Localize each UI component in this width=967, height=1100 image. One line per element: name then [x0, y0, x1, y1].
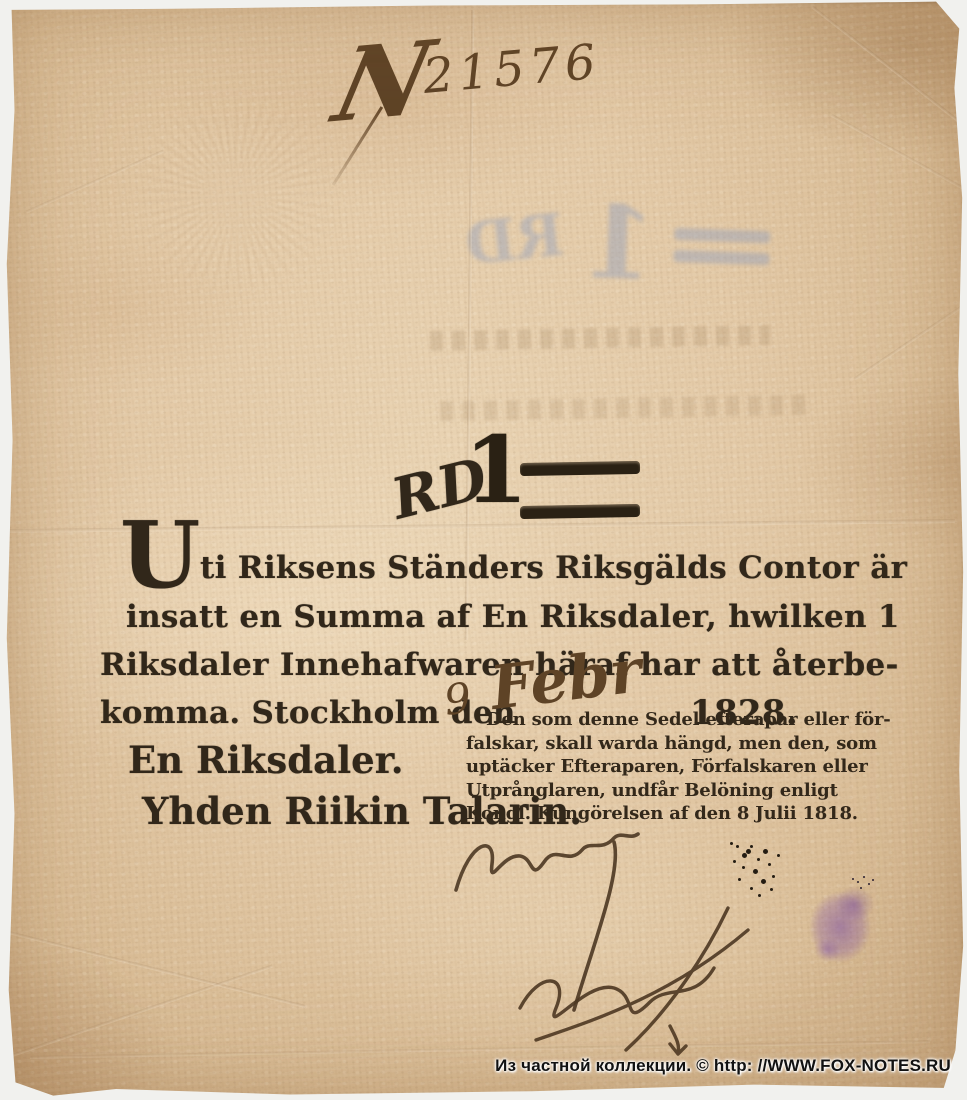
photo-background: 1 RD N21576 RD 1 U ti Riksens Ständers R… — [0, 0, 967, 1100]
value-swedish: En Riksdaler. — [128, 738, 404, 782]
purple-ink-stain — [802, 872, 887, 972]
signature-2 — [520, 908, 748, 1054]
crease-line — [854, 283, 967, 381]
warning-line: uptäcker Efteraparen, Förfalskaren eller — [466, 755, 858, 779]
warning-line: Kongl. Kungörelsen af den 8 Julii 1818. — [466, 802, 858, 826]
crease-line — [831, 114, 967, 209]
body-line-2: insatt en Summa af En Riksdaler, hwilken… — [126, 599, 900, 635]
crease-line — [0, 925, 305, 1008]
photo-caption: Из частной коллекции. © http: //WWW.FOX-… — [495, 1056, 951, 1076]
showthrough-denomination: 1 RD — [293, 174, 772, 306]
warning-line: falskar, skall warda hängd, men den, som — [466, 732, 858, 756]
showthrough-text-row — [430, 325, 770, 351]
signatures — [418, 812, 798, 1062]
warning-line: Utprånglaren, undfår Belöning enligt — [466, 779, 858, 803]
crease-line — [7, 965, 273, 1059]
serial-digits: 21576 — [421, 34, 603, 105]
ink-speckle-stain — [730, 842, 733, 845]
equals-bars-icon — [520, 462, 640, 518]
crease-line — [811, 6, 967, 138]
purple-stain-dots — [852, 878, 854, 880]
signature-1 — [456, 834, 638, 1010]
warning-line: Den som denne Sedel efterapar eller för- — [466, 708, 858, 732]
showthrough-digit: 1 — [583, 191, 656, 293]
banknote-reverse: 1 RD N21576 RD 1 U ti Riksens Ständers R… — [0, 0, 967, 1100]
showthrough-equals-bars — [673, 217, 771, 274]
dropcap-initial: U — [120, 516, 200, 594]
body-line-1: ti Riksens Ständers Riksgälds Contor är — [200, 550, 907, 586]
denomination-value: 1 — [464, 424, 528, 516]
forgery-warning: Den som denne Sedel efterapar eller för-… — [466, 708, 858, 826]
showthrough-monogram: RD — [463, 200, 568, 278]
